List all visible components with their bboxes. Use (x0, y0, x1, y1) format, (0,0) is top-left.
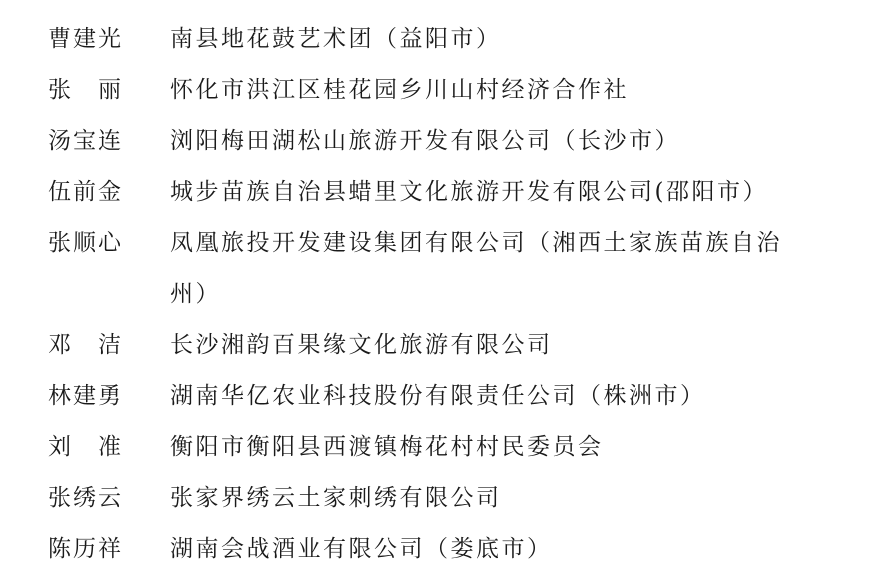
list-item: 张绣云 张家界绣云土家刺绣有限公司 (48, 473, 868, 524)
organization-name: 长沙湘韵百果缘文化旅游有限公司 (170, 320, 810, 371)
organization-name: 南县地花鼓艺术团（益阳市） (170, 14, 810, 65)
list-item: 汤宝连 浏阳梅田湖松山旅游开发有限公司（长沙市） (48, 116, 868, 167)
person-name: 汤宝连 (48, 116, 170, 167)
organization-name: 湖南华亿农业科技股份有限责任公司（株洲市） (170, 371, 810, 422)
organization-name: 城步苗族自治县蜡里文化旅游开发有限公司(邵阳市） (170, 167, 810, 218)
list-item: 伍前金 城步苗族自治县蜡里文化旅游开发有限公司(邵阳市） (48, 167, 868, 218)
person-name: 曹建光 (48, 14, 170, 65)
organization-name: 张家界绣云土家刺绣有限公司 (170, 473, 810, 524)
list-item: 张 丽 怀化市洪江区桂花园乡川山村经济合作社 (48, 65, 868, 116)
organization-name: 怀化市洪江区桂花园乡川山村经济合作社 (170, 65, 810, 116)
organization-name: 凤凰旅投开发建设集团有限公司（湘西土家族苗族自治州） (170, 218, 810, 320)
person-name: 邓 洁 (48, 320, 170, 371)
person-name: 张 丽 (48, 65, 170, 116)
person-name: 伍前金 (48, 167, 170, 218)
organization-name: 湖南会战酒业有限公司（娄底市） (170, 524, 810, 575)
organization-name: 浏阳梅田湖松山旅游开发有限公司（长沙市） (170, 116, 810, 167)
person-name: 张绣云 (48, 473, 170, 524)
list-item: 邓 洁 长沙湘韵百果缘文化旅游有限公司 (48, 320, 868, 371)
document-page: 曹建光 南县地花鼓艺术团（益阳市） 张 丽 怀化市洪江区桂花园乡川山村经济合作社… (0, 0, 880, 577)
list-item: 刘 准 衡阳市衡阳县西渡镇梅花村村民委员会 (48, 422, 868, 473)
person-name: 陈历祥 (48, 524, 170, 575)
list-item: 陈历祥 湖南会战酒业有限公司（娄底市） (48, 524, 868, 575)
person-name: 刘 准 (48, 422, 170, 473)
list-item: 曹建光 南县地花鼓艺术团（益阳市） (48, 14, 868, 65)
list-item: 林建勇 湖南华亿农业科技股份有限责任公司（株洲市） (48, 371, 868, 422)
person-name: 张顺心 (48, 218, 170, 269)
list-item: 张顺心 凤凰旅投开发建设集团有限公司（湘西土家族苗族自治州） (48, 218, 868, 320)
organization-name: 衡阳市衡阳县西渡镇梅花村村民委员会 (170, 422, 810, 473)
honoree-list: 曹建光 南县地花鼓艺术团（益阳市） 张 丽 怀化市洪江区桂花园乡川山村经济合作社… (48, 14, 868, 575)
person-name: 林建勇 (48, 371, 170, 422)
